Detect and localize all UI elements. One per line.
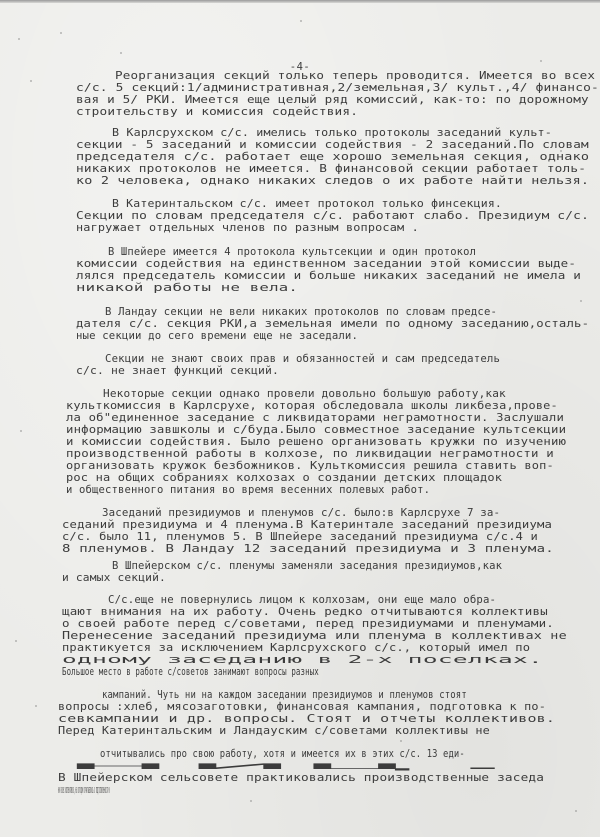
text-line: ные секции до сего времени еще не заседа… <box>76 330 358 342</box>
text-line: и общественного питания во время весенни… <box>66 484 430 496</box>
page-top-edge <box>0 0 600 3</box>
paper-speck <box>575 810 577 812</box>
paper-speck <box>15 640 17 642</box>
text-line: Большое место в работе с/советов занимаю… <box>62 666 319 678</box>
text-line: Перед Катеринтальским и Ландауским с/сов… <box>58 725 490 737</box>
paper-speck <box>540 60 542 62</box>
text-line: председателя с/с. работает еще хорошо зе… <box>76 151 589 163</box>
text-line: В Шпейерском с/с. пленумы заменяли засед… <box>112 560 502 572</box>
text-line: С/с.еще не повернулись лицом к колхозам,… <box>108 594 496 606</box>
text-line: В Катеринтальском с/с. имеет протокол то… <box>112 198 502 210</box>
paper-speck <box>580 300 582 302</box>
text-line: и комиссии содействия. Было решено орган… <box>66 436 566 448</box>
paper-speck <box>250 800 252 802</box>
text-line: ниц. <box>58 760 545 772</box>
text-line: производственной работы в колхозе, по ли… <box>66 448 554 460</box>
text-line: организовать кружок безбожников. Культко… <box>66 460 554 472</box>
text-line: севкампании и др. вопросы. Стоят и отчет… <box>58 713 555 725</box>
paper-speck <box>560 150 562 152</box>
text-line: Реорганизация секций только теперь прово… <box>115 70 595 82</box>
text-line: с/с. 5 секций:1/административная,2/земел… <box>76 82 599 94</box>
text-line: вопросы :хлеб, мясозаготовки, финансовая… <box>58 701 546 713</box>
text-line: Перенесение заседаний президиума или пле… <box>62 630 567 642</box>
text-line: лялся председатель комиссии и больше ник… <box>76 270 581 282</box>
text-line: В Шпейерском сельсовете практиковались п… <box>58 772 544 784</box>
text-line: Секции не знают своих прав и обязанносте… <box>105 353 500 365</box>
text-line: нагружает отдельных членов по разным воп… <box>76 222 419 234</box>
text-line: секции - 5 заседаний и комиссии содейств… <box>76 139 589 151</box>
paper-speck <box>30 80 32 82</box>
text-line: о своей работе перед с/советами, перед п… <box>62 618 554 630</box>
text-line: никаких протоколов не имеется. В финансо… <box>76 163 586 175</box>
text-line: седаний президиума и 4 пленума.В Катерин… <box>62 519 552 531</box>
text-line: отчитывались про свою работу, хотя и име… <box>100 748 465 760</box>
text-line: ния всех коллективов, на котором отчитыв… <box>58 784 110 796</box>
paper-speck <box>18 38 20 40</box>
text-line: никакой работы не вела. <box>76 282 298 294</box>
text-line: В Ландау секции не вели никаких протокол… <box>105 306 497 318</box>
text-line: ко 2 человека, однако никаких следов о и… <box>76 175 589 187</box>
text-line: одному заседанию в 2-х поселках. <box>62 654 543 666</box>
text-line: ла об"единенное заседание с ликвидаторам… <box>66 412 564 424</box>
text-line: В Шпейере имеется 4 протокола культсекци… <box>108 246 476 258</box>
paper-speck <box>400 740 402 742</box>
paper-speck <box>20 430 22 432</box>
paper-speck <box>60 32 62 34</box>
text-line: культкомиссия в Карлсрухе, которая обсле… <box>66 400 558 412</box>
text-line: информацию завшколы и с/буда.Было совмес… <box>66 424 566 436</box>
text-line: строительству и комиссия содействия. <box>76 106 358 118</box>
text-line: вая и 5/ РКИ. Имеется еще целый ряд коми… <box>76 94 589 106</box>
text-line: с/с. было 11, пленумов 5. В Шпейере засе… <box>62 531 538 543</box>
text-line: Секции по словам председателя с/с. работ… <box>76 210 589 222</box>
text-line: с/с. не знает функций секций. <box>76 365 279 377</box>
text-line: практикуется за исключением Карлсрухског… <box>62 642 530 654</box>
text-line: щают внимания на их работу. Очень редко … <box>62 606 548 618</box>
paper-speck <box>300 20 302 22</box>
text-line: дателя с/с. секция РКИ,а земельная имели… <box>76 318 589 330</box>
paper-speck <box>120 52 122 54</box>
text-line: комиссии содействия на единственном засе… <box>76 258 576 270</box>
text-line: В Карлсрухском с/с. имелись только прото… <box>112 127 552 139</box>
text-line: и самых секций. <box>62 572 166 584</box>
text-line: Заседаний президиумов и пленумов с/с. бы… <box>102 507 500 519</box>
text-line: рос на общих собраниях колхозах о создан… <box>66 472 502 484</box>
text-line: кампаний. Чуть ни на каждом заседании пр… <box>102 689 467 701</box>
document-page: -4- Реорганизация секций только теперь п… <box>0 0 600 837</box>
paper-speck <box>35 705 37 707</box>
text-line: 8 пленумов. В Ландау 12 заседаний презид… <box>62 543 554 555</box>
text-line: Некоторые секции однако провели довольно… <box>103 388 506 400</box>
